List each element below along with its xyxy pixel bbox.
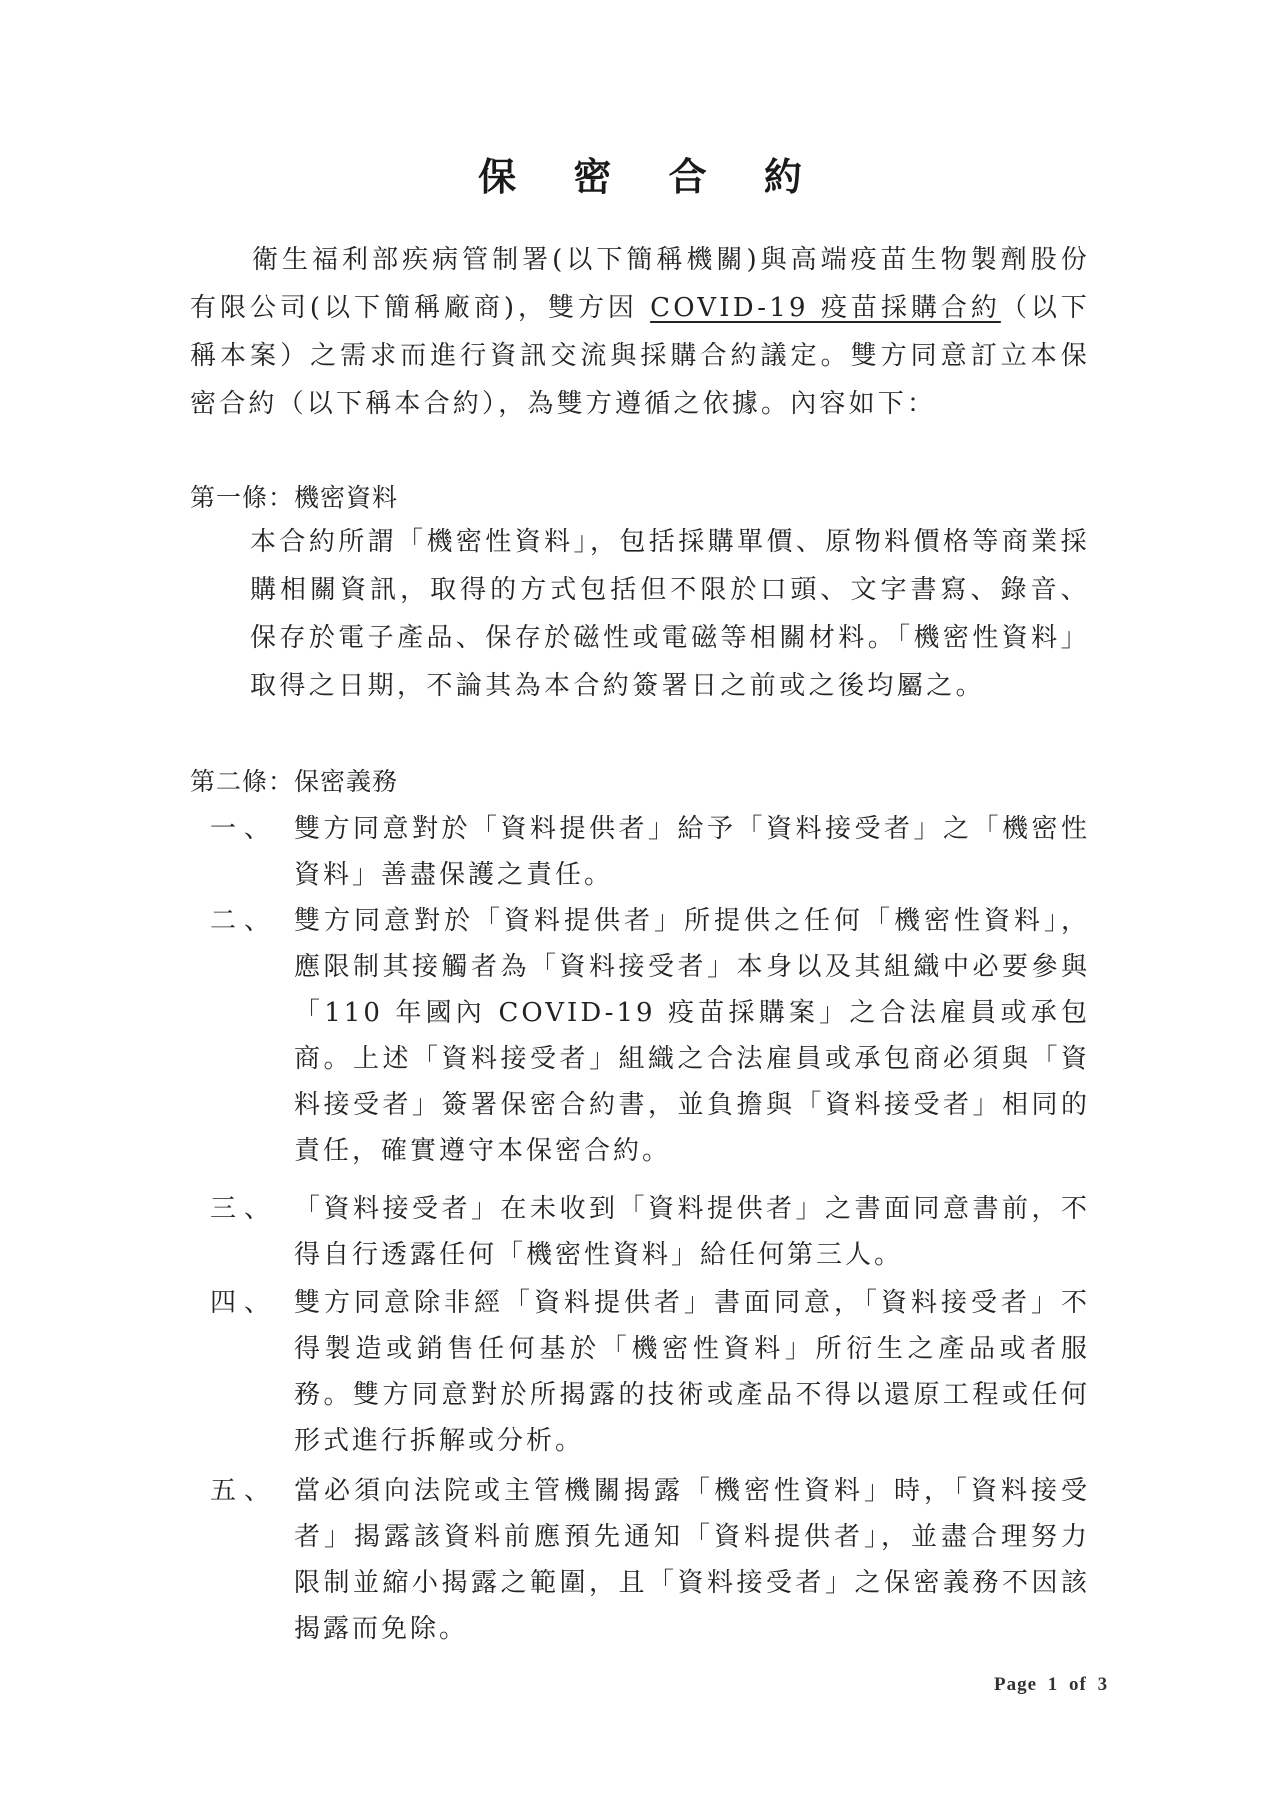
contract-name-underlined: COVID-19 疫苗採購合約 bbox=[650, 293, 1001, 323]
clause-4: 四、 雙方同意除非經「資料提供者」書面同意，「資料接受者」不得製造或銷售任何基於… bbox=[210, 1280, 1090, 1464]
clause-number: 二、 bbox=[210, 898, 290, 944]
article-2-heading: 第二條：保密義務 bbox=[190, 762, 398, 802]
clause-3: 三、 「資料接受者」在未收到「資料提供者」之書面同意書前，不得自行透露任何「機密… bbox=[210, 1186, 1090, 1278]
clause-text: 雙方同意對於「資料提供者」所提供之任何「機密性資料」，應限制其接觸者為「資料接受… bbox=[294, 898, 1090, 1174]
clause-1: 一、 雙方同意對於「資料提供者」給予「資料接受者」之「機密性資料」善盡保護之責任… bbox=[210, 806, 1090, 898]
clause-text: 雙方同意對於「資料提供者」給予「資料接受者」之「機密性資料」善盡保護之責任。 bbox=[294, 806, 1090, 898]
clause-number: 一、 bbox=[210, 806, 290, 852]
page-number: Page 1 of 3 bbox=[994, 1674, 1108, 1696]
article-1-body: 本合約所謂「機密性資料」，包括採購單價、原物料價格等商業採購相關資訊，取得的方式… bbox=[250, 518, 1090, 710]
clause-5: 五、 當必須向法院或主管機關揭露「機密性資料」時，「資料接受者」揭露該資料前應預… bbox=[210, 1468, 1090, 1652]
article-1-heading: 第一條：機密資料 bbox=[190, 478, 398, 518]
clause-number: 四、 bbox=[210, 1280, 290, 1326]
clause-number: 五、 bbox=[210, 1468, 290, 1514]
clause-number: 三、 bbox=[210, 1186, 290, 1232]
document-page: 保 密 合 約 衛生福利部疾病管制署(以下簡稱機關)與高端疫苗生物製劑股份有限公… bbox=[0, 0, 1280, 1810]
clause-text: 當必須向法院或主管機關揭露「機密性資料」時，「資料接受者」揭露該資料前應預先通知… bbox=[294, 1468, 1090, 1652]
clause-2: 二、 雙方同意對於「資料提供者」所提供之任何「機密性資料」，應限制其接觸者為「資… bbox=[210, 898, 1090, 1174]
intro-paragraph: 衛生福利部疾病管制署(以下簡稱機關)與高端疫苗生物製劑股份有限公司(以下簡稱廠商… bbox=[190, 236, 1090, 428]
document-title: 保 密 合 約 bbox=[0, 146, 1280, 201]
clause-text: 雙方同意除非經「資料提供者」書面同意，「資料接受者」不得製造或銷售任何基於「機密… bbox=[294, 1280, 1090, 1464]
clause-text: 「資料接受者」在未收到「資料提供者」之書面同意書前，不得自行透露任何「機密性資料… bbox=[294, 1186, 1090, 1278]
